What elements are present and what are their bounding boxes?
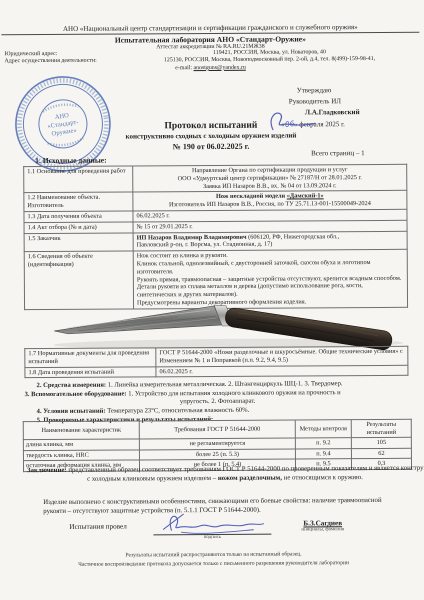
- row-value: ГОСТ Р 51644-2000 «Ножи разделочные и шк…: [156, 346, 408, 366]
- text-line: 06.02.2025 г.: [159, 366, 404, 375]
- text-run: Нож состоит из клинка и рукояти.: [137, 252, 228, 260]
- protocol-title-block: Протокол испытаний конструктивно сходных…: [0, 120, 423, 153]
- row-label: 1.5 Заказчик: [24, 233, 133, 252]
- conclusion-label: Заключение:: [27, 467, 67, 474]
- text-run: № 15 от 29.01.2025 г.: [137, 223, 193, 230]
- section-4-label: 4. Условия испытаний:: [37, 408, 106, 415]
- column-header: Методы контроля: [295, 420, 351, 438]
- text-run: не относящимся к оружию.: [282, 474, 363, 481]
- column-header: Требования ГОСТ Р 51644-2000: [139, 420, 295, 439]
- section-4-text: Температура 23°С, относительная влажност…: [106, 407, 250, 415]
- signature-line: [153, 512, 271, 536]
- email-value: anostguns@yandex.ru: [193, 65, 245, 71]
- table-row: 1.1 Основание для проведения работНаправ…: [24, 164, 407, 193]
- tester-name: Б.З.Сагдиев: [301, 519, 344, 527]
- table-row: 1.7 Нормативные документы для проведения…: [25, 346, 408, 367]
- tester-name-block: Б.З.Сагдиев инициалы, фамилия: [301, 519, 344, 532]
- column-header: Результаты испытаний: [351, 419, 411, 437]
- text-run: Заявка ИП Назаров В.В., вх. № 04 от 13.0…: [203, 182, 337, 190]
- row-value: 06.02.2025 г.: [156, 365, 408, 377]
- text-run: Нож нескладной модели: [216, 193, 287, 200]
- section-2-label: 2. Средства измерения:: [36, 382, 106, 389]
- text-run: Направление Органа по сертификации проду…: [192, 166, 348, 174]
- text-line: Рукоять прямая, травмоопасная – защитные…: [137, 274, 404, 299]
- column-header: Наименование характеристик: [23, 421, 139, 440]
- footer-line-2: Частичное воспроизведение протокола допу…: [2, 559, 424, 571]
- tester-signature: [157, 512, 267, 535]
- tester-name-caption: инициалы, фамилия: [301, 527, 344, 532]
- tester-label: Испытания провел: [69, 523, 126, 531]
- conclusion: Заключение: представленный образец соотв…: [27, 463, 424, 484]
- text-run: 06.02.2025 г.: [136, 212, 169, 219]
- result-cell: твердость клинка, HRC: [23, 450, 139, 461]
- section-2-text: 1. Линейка измерительная металлическая. …: [106, 380, 342, 388]
- normative-docs-table: 1.7 Нормативные документы для проведения…: [24, 346, 408, 379]
- section-3-label: 3. Вспомогательное оборудование:: [25, 390, 127, 398]
- scan-content: АНО «Национальный центр стандартизации и…: [0, 0, 424, 600]
- signature-caption: подпись: [153, 535, 271, 541]
- text-run: ГОСТ Р 51644-2000 «Ножи разделочные и шк…: [159, 348, 403, 364]
- text-line: Клинок стальной, однолезвийный, с двусто…: [137, 259, 404, 276]
- row-value: Нож нескладной модели «Дамский-1»Изготов…: [133, 191, 407, 211]
- text-line: Павловский р-он, г. Ворсма, ул. Стадионн…: [137, 240, 404, 249]
- result-cell: п. 9.2: [295, 438, 351, 449]
- text-run: Изготовитель ИП Назаров В.В., Россия, по…: [169, 200, 371, 208]
- row-value: Направление Органа по сертификации проду…: [133, 164, 407, 192]
- text-run: 06.02.2025 г.: [159, 368, 192, 375]
- text-line: Заявка ИП Назаров В.В., вх. № 04 от 13.0…: [136, 181, 403, 190]
- text-run: Клинок стальной, однолезвийный, с двусто…: [137, 259, 371, 275]
- text-run: Рукоять прямая, травмоопасная – защитные…: [137, 274, 402, 298]
- text-line: ГОСТ Р 51644-2000 «Ножи разделочные и шк…: [159, 348, 404, 365]
- table-row: 1.5 ЗаказчикИП Назаров Владимир Владимир…: [24, 231, 407, 252]
- table-row: 1.8 Дата проведения испытаний06.02.2025 …: [25, 365, 408, 378]
- document-header: АНО «Национальный центр стандартизации и…: [0, 23, 423, 72]
- text-run: ИП Назаров Владимир Владимирович: [137, 233, 247, 241]
- table-row: 1.2 Наименование объекта. ИзготовительНо…: [24, 191, 407, 212]
- activity-address-label: Адрес осуществления деятельности:: [5, 58, 123, 66]
- section-3-text: 1. Устройство для испытания холодного кл…: [127, 389, 341, 397]
- row-value: ИП Назаров Владимир Владимирович (606120…: [133, 231, 407, 251]
- approve-word: Утверждаю: [279, 85, 417, 97]
- result-cell: 62: [351, 448, 411, 459]
- approver-title: Руководитель ИЛ: [279, 96, 417, 108]
- knife-image: [38, 299, 410, 353]
- initial-data-table: 1.1 Основание для проведения работНаправ…: [23, 164, 408, 310]
- section1-heading: 1. Исходные данные:: [35, 156, 107, 165]
- row-label: 1.3 Дата получения объекта: [24, 211, 133, 222]
- text-run: (606120, РФ, Нижегородская обл.,: [247, 233, 340, 241]
- text-run: ООО «Удмуртский центр сертификации» № 27…: [178, 174, 362, 182]
- text-line: № 15 от 29.01.2025 г.: [137, 222, 404, 231]
- text-run: «Дамский-1»: [287, 193, 324, 200]
- text-line: Изготовитель ИП Назаров В.В., Россия, по…: [136, 200, 403, 209]
- pages-count: Всего страниц – 1: [311, 149, 365, 157]
- text-line: 06.02.2025 г.: [136, 211, 403, 220]
- knife-photo: [38, 299, 410, 353]
- row-label: 1.4 Акт отбора (№ и дата): [24, 222, 133, 233]
- results-header-row: Наименование характеристикТребования ГОС…: [23, 419, 411, 439]
- tester-row: Испытания провел подпись Б.З.Сагдиев ини…: [1, 517, 424, 554]
- conclusion-body: представленный образец соответствует тре…: [67, 464, 424, 483]
- result-cell: длина клинка, мм: [23, 439, 139, 450]
- email-label: e-mail:: [175, 65, 192, 71]
- row-label: 1.8 Дата проведения испытаний: [25, 366, 156, 378]
- text-run: ножом разделочным,: [218, 475, 282, 482]
- row-label: 1.1 Основание для проведения работ: [24, 166, 133, 193]
- result-cell: п. 9.4: [295, 448, 351, 459]
- scanned-test-protocol-page: АНО «Национальный центр стандартизации и…: [0, 0, 424, 600]
- footer-notes: Результаты испытаний распространяются то…: [2, 550, 424, 570]
- text-run: Павловский р-он, г. Ворсма, ул. Стадионн…: [137, 241, 273, 249]
- row-label: 1.7 Нормативные документы для проведения…: [25, 348, 156, 367]
- row-label: 1.2 Наименование объекта. Изготовитель: [24, 192, 133, 211]
- result-cell: 105: [351, 437, 411, 448]
- signature-block: подпись: [153, 512, 271, 541]
